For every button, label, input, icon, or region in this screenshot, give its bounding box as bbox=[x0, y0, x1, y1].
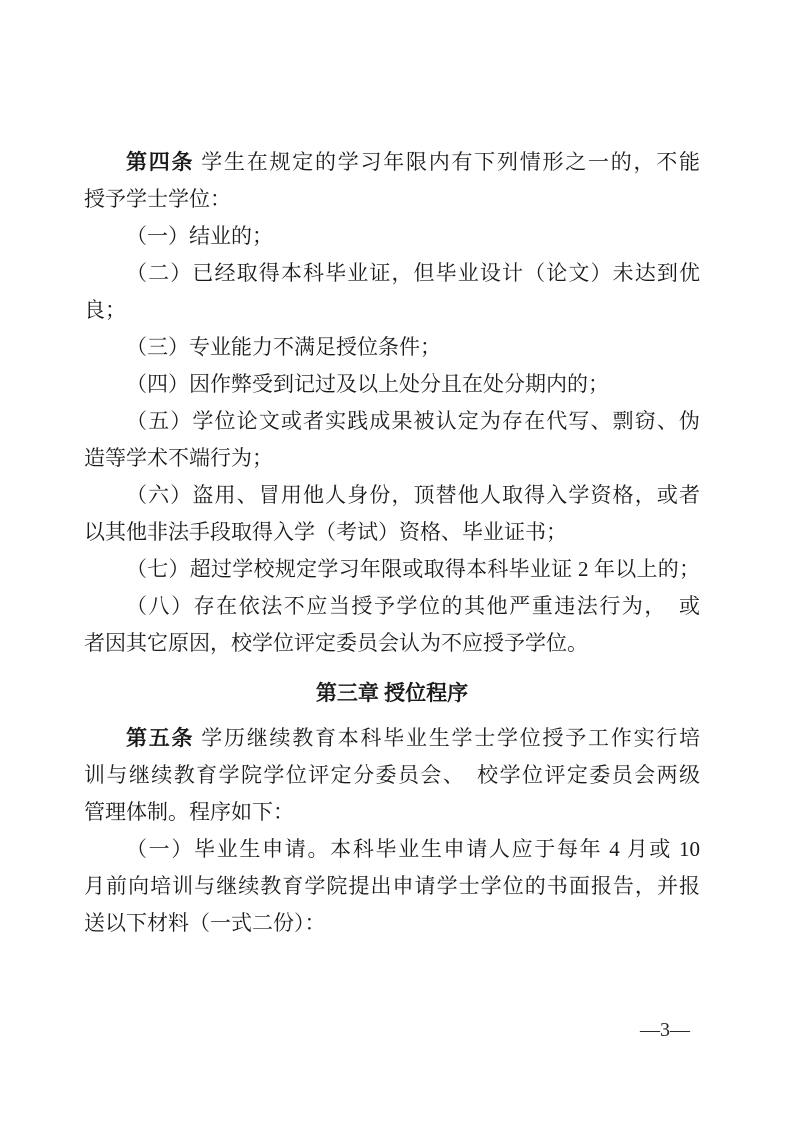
text-line: （三）专业能力不满足授位条件； bbox=[84, 329, 700, 366]
text-line: 第五条 学历继续教育本科毕业生学士学位授予工作实行培 bbox=[84, 720, 700, 757]
text-line: 训与继续教育学院学位评定分委员会、 校学位评定委员会两级 bbox=[84, 757, 700, 794]
text-line: （六）盗用、冒用他人身份，顶替他人取得入学资格，或者 bbox=[84, 477, 700, 514]
text-line: 送以下材料（一式二份）： bbox=[84, 905, 700, 942]
text-line: （五）学位论文或者实践成果被认定为存在代写、剽窃、伪 bbox=[84, 403, 700, 440]
document-body: 第四条 学生在规定的学习年限内有下列情形之一的，不能授予学士学位：（一）结业的；… bbox=[84, 144, 700, 942]
document-page: 第四条 学生在规定的学习年限内有下列情形之一的，不能授予学士学位：（一）结业的；… bbox=[0, 0, 794, 1122]
text-line: （一）结业的； bbox=[84, 218, 700, 255]
page-number: —3— bbox=[640, 1017, 690, 1043]
article-number-label: 第五条 bbox=[126, 726, 194, 750]
text-line: 者因其它原因，校学位评定委员会认为不应授予学位。 bbox=[84, 625, 700, 662]
text-line: （八）存在依法不应当授予学位的其他严重违法行为， 或 bbox=[84, 588, 700, 625]
text-line: （二）已经取得本科毕业证，但毕业设计（论文）未达到优 bbox=[84, 255, 700, 292]
article-number-label: 第四条 bbox=[126, 150, 194, 174]
chapter-heading: 第三章 授位程序 bbox=[84, 675, 700, 712]
text-line: 良； bbox=[84, 292, 700, 329]
text-line: 月前向培训与继续教育学院提出申请学士学位的书面报告，并报 bbox=[84, 868, 700, 905]
text-line: （一）毕业生申请。本科毕业生申请人应于每年 4 月或 10 bbox=[84, 831, 700, 868]
text-line: 以其他非法手段取得入学（考试）资格、毕业证书； bbox=[84, 514, 700, 551]
text-line: 第四条 学生在规定的学习年限内有下列情形之一的，不能 bbox=[84, 144, 700, 181]
text-line: （七）超过学校规定学习年限或取得本科毕业证 2 年以上的； bbox=[84, 551, 700, 588]
text-line: 管理体制。程序如下： bbox=[84, 794, 700, 831]
text-line: 授予学士学位： bbox=[84, 181, 700, 218]
text-line: 造等学术不端行为； bbox=[84, 440, 700, 477]
text-line: （四）因作弊受到记过及以上处分且在处分期内的； bbox=[84, 366, 700, 403]
